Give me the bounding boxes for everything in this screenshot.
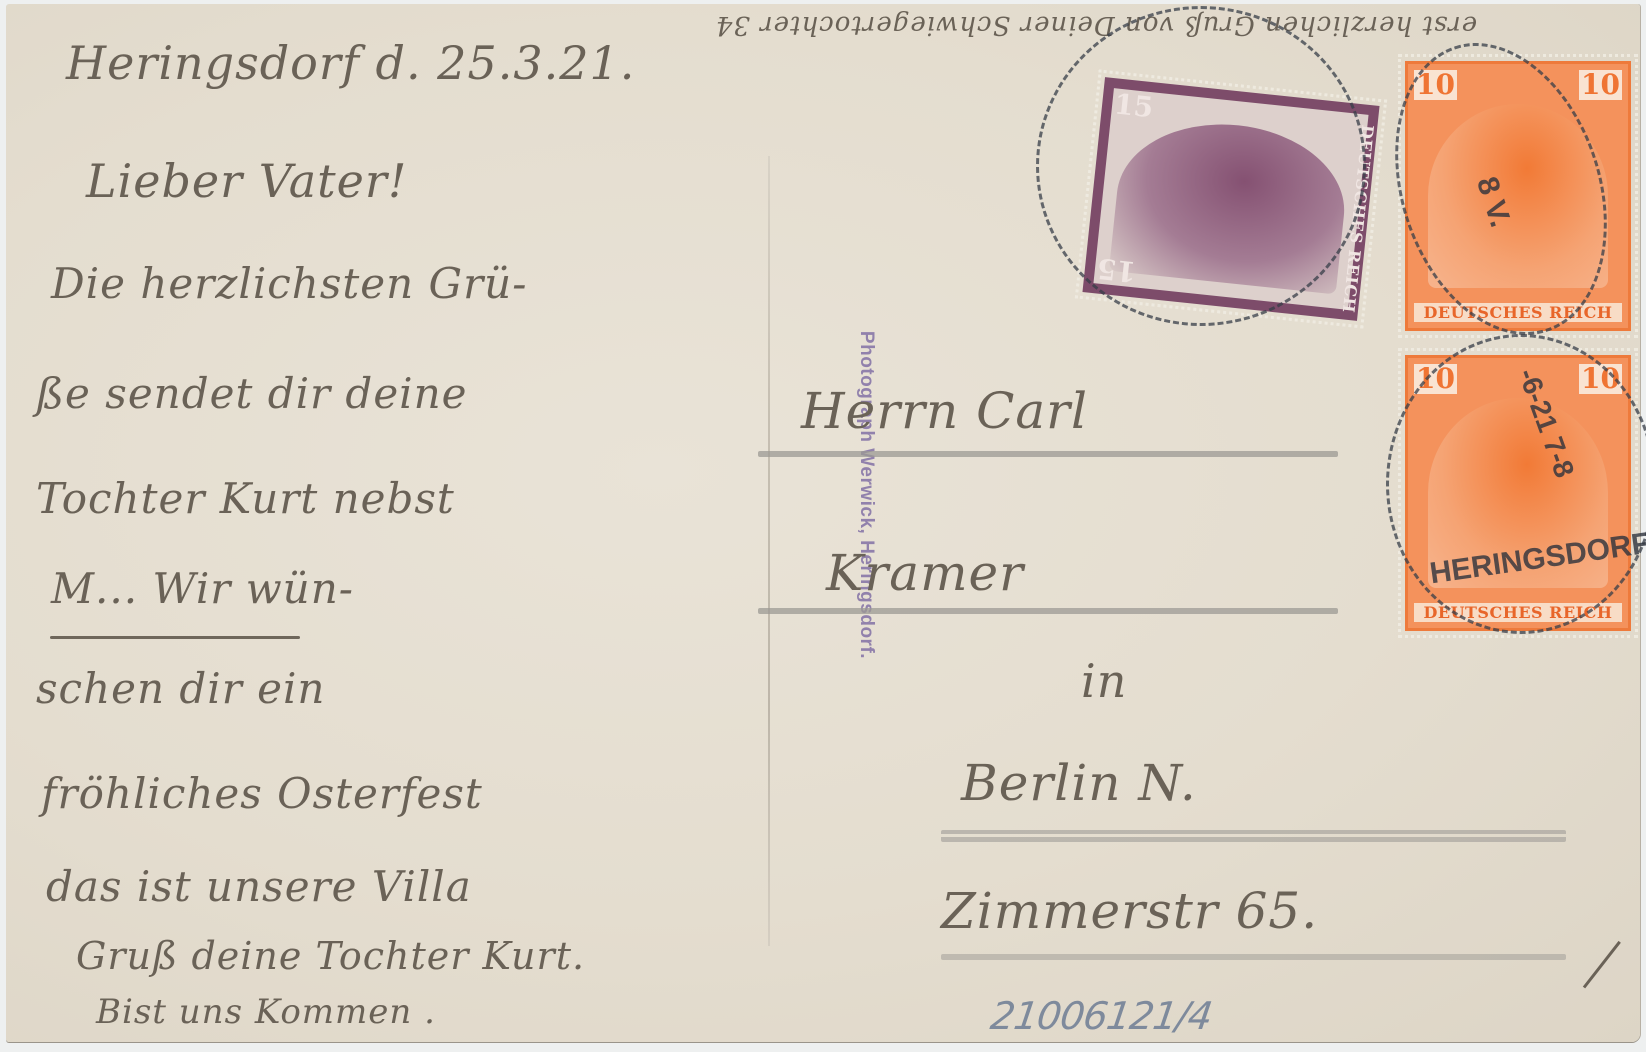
message-line-7: das ist unsere Villa xyxy=(46,862,472,911)
message-line-3: Tochter Kurt nebst xyxy=(36,474,455,523)
pen-stroke xyxy=(1583,941,1621,989)
postcard-back: erst herzlichen Gruß von Deiner Schwiege… xyxy=(6,4,1640,1042)
message-line-9: Bist uns Kommen . xyxy=(96,992,436,1032)
address-rule-5 xyxy=(941,954,1566,960)
postmark-date: 8 V. xyxy=(1469,173,1517,232)
address-line-4: Berlin N. xyxy=(961,754,1197,812)
postmark-town: HERINGSDORF xyxy=(1428,527,1646,592)
upside-down-note: erst herzlichen Gruß von Deiner Schwiege… xyxy=(646,10,1546,40)
address-rule-2 xyxy=(758,608,1338,614)
postmark-circle-1 xyxy=(1036,6,1366,326)
postmark-date: -6-21 7-8 xyxy=(1511,364,1580,482)
postmark-circle-2: HERINGSDORF -6-21 7-8 xyxy=(1386,334,1646,634)
address-line-1: Herrn Carl xyxy=(801,382,1088,440)
address-line-2: Kramer xyxy=(826,544,1024,602)
message-line-5: schen dir ein xyxy=(36,664,325,713)
message-line-6: fröhliches Osterfest xyxy=(41,769,483,818)
salutation: Lieber Vater! xyxy=(86,154,407,208)
message-line-8: Gruß deine Tochter Kurt. xyxy=(76,934,585,978)
underline-mark xyxy=(50,636,300,639)
message-line-2: ße sendet dir deine xyxy=(36,369,468,418)
place-date: Heringsdorf d. 25.3.21. xyxy=(66,36,635,90)
publisher-imprint: Photograph Werwick, Heringsdorf. xyxy=(855,285,877,705)
address-rule-1 xyxy=(758,451,1338,457)
center-divider xyxy=(768,156,770,946)
stamp-value-right: 10 xyxy=(1579,70,1622,100)
archive-number: 21006121/4 xyxy=(988,994,1215,1038)
address-line-3: in xyxy=(1081,654,1127,708)
address-line-5: Zimmerstr 65. xyxy=(941,882,1318,940)
address-rule-4 xyxy=(941,830,1566,842)
message-line-1: Die herzlichsten Grü- xyxy=(51,259,527,308)
message-line-4: M... Wir wün- xyxy=(51,564,354,613)
